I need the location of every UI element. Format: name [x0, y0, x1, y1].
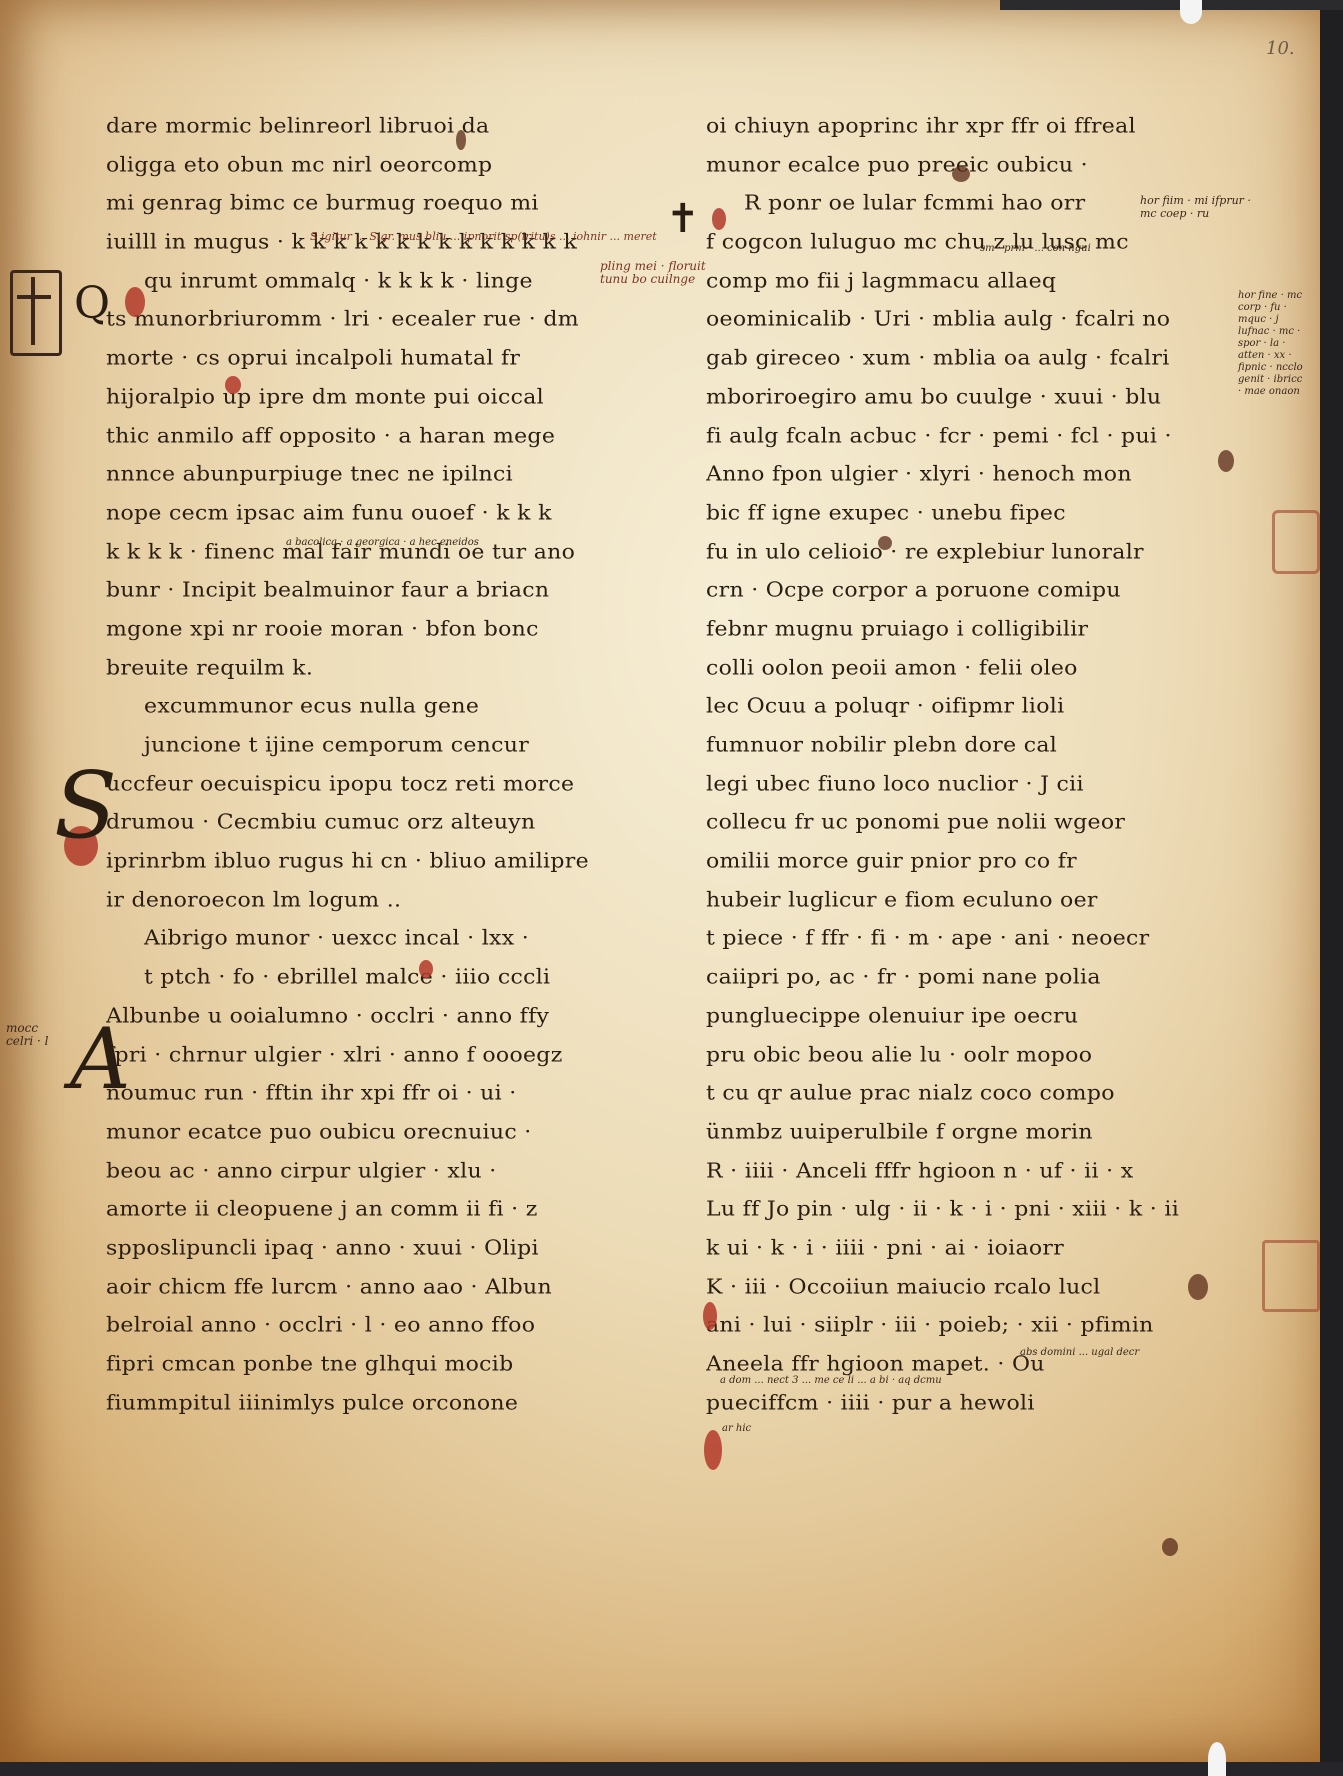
text-line: aoir chicm ffe lurcm · anno aao · Albun [106, 1270, 646, 1307]
margin-note: S igitur ... Sigr. mus bliu ... ipnorit … [310, 230, 657, 243]
text-line: oeominicalib · Uri · mblia aulg · fcalri… [706, 302, 1266, 339]
text-line: mgone xpi nr rooie moran · bfon bonc [106, 612, 646, 649]
rubricated-initial-dot [712, 208, 726, 230]
text-line: legi ubec fiuno loco nuclior · J cii [706, 767, 1266, 804]
text-line: mboriroegiro amu bo cuulge · xuui · blu [706, 380, 1266, 417]
text-line: nope cecm ipsac aim funu ouoef · k k k [106, 496, 646, 533]
text-line: belroial anno · occlri · l · eo anno ffo… [106, 1308, 646, 1345]
text-line: hubeir luglicur e fiom eculuno oer [706, 883, 1266, 920]
page-clip [1180, 0, 1202, 24]
background-edge [1320, 0, 1343, 1776]
background-edge [0, 1762, 1343, 1776]
text-line: iprinrbm ibluo rugus hi cn · bliuo amili… [106, 844, 646, 881]
right-column: oi chiuyn apoprinc ihr xpr ffr oi ffreal… [706, 108, 1266, 1423]
text-line: pungluecippe olenuiur ipe oecru [706, 999, 1266, 1036]
text-line: Lu ff Jo pin · ulg · ii · k · i · pni · … [706, 1192, 1266, 1229]
page-clip [1208, 1742, 1226, 1776]
marginal-cross-symbol [10, 270, 62, 356]
margin-note: hor fiim · mi ifprur · mc coep · ru [1140, 194, 1260, 220]
text-line: pru obic beou alie lu · oolr mopoo [706, 1037, 1266, 1074]
text-line: crn · Ocpe corpor a poruone comipu [706, 573, 1266, 610]
text-line: febnr mugnu pruiago i colligibilir [706, 612, 1266, 649]
text-line: ir denoroecon lm logum .. [106, 883, 646, 920]
text-line: Anno fpon ulgier · xlyri · henoch mon [706, 457, 1266, 494]
initial-A: A [70, 1010, 131, 1108]
left-column: dare mormic belinreorl libruoi da oligga… [106, 108, 646, 1423]
manuscript-page: 10. ✝ dare mormic belinreorl libruoi da … [0, 0, 1320, 1762]
text-line: comp mo fii j lagmmacu allaeq [706, 264, 1266, 301]
text-line: k ui · k · i · iiii · pni · ai · ioiaorr [706, 1231, 1266, 1268]
initial-Q: Q [74, 278, 110, 329]
text-line: ani · lui · siiplr · iii · poieb; · xii … [706, 1308, 1266, 1345]
text-line: beou ac · anno cirpur ulgier · xlu · [106, 1154, 646, 1191]
text-line: oligga eto obun mc nirl oeorcomp [106, 148, 646, 185]
text-line: Albunbe u ooialumno · occlri · anno ffy [106, 999, 646, 1036]
text-line: noumuc run · fftin ihr xpi ffr oi · ui · [106, 1076, 646, 1113]
text-line: Aibrigo munor · uexcc incal · lxx · [106, 921, 646, 958]
initial-S: S [54, 752, 117, 859]
text-line: omilii morce guir pnior pro co fr [706, 844, 1266, 881]
ink-stain [952, 166, 970, 182]
ink-stain [1218, 450, 1234, 472]
text-line: K · iii · Occoiiun maiucio rcalo lucl [706, 1270, 1266, 1307]
text-line: R · iiii · Anceli fffr hgioon n · uf · i… [706, 1154, 1266, 1191]
ink-stain [1162, 1538, 1178, 1556]
rubricated-dot [419, 960, 433, 978]
text-line: morte · cs oprui incalpoli humatal fr [106, 341, 646, 378]
text-line: mi genrag bimc ce burmug roequo mi [106, 186, 646, 223]
text-line: t ptch · fo · ebrillel malce · iiio cccl… [106, 960, 646, 997]
text-line: munor ecalce puo preeic oubicu · [706, 148, 1266, 185]
text-line: collecu fr uc ponomi pue nolii wgeor [706, 805, 1266, 842]
rubricated-initial-dot [704, 1430, 722, 1470]
text-line: munor ecatce puo oubicu orecnuiuc · [106, 1115, 646, 1152]
background-edge [1000, 0, 1343, 10]
text-line: fu in ulo celioio · re explebiur lunoral… [706, 535, 1266, 572]
text-line: ts munorbriuromm · lri · ecealer rue · d… [106, 302, 646, 339]
text-line: excummunor ecus nulla gene [106, 689, 646, 726]
text-line: dare mormic belinreorl libruoi da [106, 109, 646, 146]
marginal-frame-mark-lower [1262, 1240, 1320, 1312]
text-line: oi chiuyn apoprinc ihr xpr ffr oi ffreal [706, 109, 1266, 146]
text-line: caiipri po, ac · fr · pomi nane polia [706, 960, 1266, 997]
rubricated-dot [225, 376, 241, 394]
text-line: hijoralpio up ipre dm monte pui oiccal [106, 380, 646, 417]
text-line: bic ff igne exupec · unebu fipec [706, 496, 1266, 533]
text-line: fumnuor nobilir plebn dore cal [706, 728, 1266, 765]
text-line: qu inrumt ommalq · k k k k · linge [106, 264, 646, 301]
text-line: fipri cmcan ponbe tne glhqui mocib [106, 1347, 646, 1384]
text-line: fiummpitul iiinimlys pulce orconone [106, 1386, 646, 1423]
marginal-frame-mark-upper [1272, 510, 1320, 574]
cross-mark: ✝ [666, 196, 700, 242]
text-line: thic anmilo aff opposito · a haran mege [106, 418, 646, 455]
margin-note: ar hic [722, 1422, 751, 1435]
text-line: uccfeur oecuispicu ipopu tocz reti morce [106, 767, 646, 804]
margin-note: hor fine · mc corp · fu · mquc · j lufna… [1238, 290, 1308, 398]
text-line: nnnce abunpurpiuge tnec ne ipilnci [106, 457, 646, 494]
text-line: colli oolon peoii amon · felii oleo [706, 651, 1266, 688]
text-line: fpri · chrnur ulgier · xlri · anno f ooo… [106, 1037, 646, 1074]
text-line: drumou · Cecmbiu cumuc orz alteuyn [106, 805, 646, 842]
text-line: amorte ii cleopuene j an comm ii fi · z [106, 1192, 646, 1229]
rubricated-initial-dot [703, 1302, 717, 1330]
margin-note: sm · prm · ... con ngui [980, 242, 1091, 255]
text-line: bunr · Incipit bealmuinor faur a briacn [106, 573, 646, 610]
margin-note: a bacolica · a georgica · a hec eneidos [286, 536, 479, 549]
text-line: lec Ocuu a poluqr · oifipmr lioli [706, 689, 1266, 726]
text-line: t piece · f ffr · fi · m · ape · ani · n… [706, 921, 1266, 958]
margin-note: a dom ... nect 3 ... me ce li ... a bi ·… [720, 1374, 942, 1387]
text-line: juncione t ijine cemporum cencur [106, 728, 646, 765]
ink-stain [1188, 1274, 1208, 1300]
margin-note: pling mei · floruit tunu bo cuilnge [600, 260, 710, 286]
text-line: pueciffcm · iiii · pur a hewoli [706, 1386, 1266, 1423]
ink-stain [878, 536, 892, 550]
text-line: t cu qr aulue prac nialz coco compo [706, 1076, 1266, 1113]
folio-number: 10. [1266, 38, 1295, 59]
text-line: breuite requilm k. [106, 651, 646, 688]
margin-note: abs domini ... ugal decr [1020, 1346, 1139, 1359]
ink-stain [456, 130, 466, 150]
rubricated-initial-dot [125, 287, 145, 317]
text-line: spposlipuncli ipaq · anno · xuui · Olipi [106, 1231, 646, 1268]
text-line: gab gireceo · xum · mblia oa aulg · fcal… [706, 341, 1266, 378]
text-line: ünmbz uuiperulbile f orgne morin [706, 1115, 1266, 1152]
margin-note: mocc celri · l [6, 1022, 54, 1048]
text-line: fi aulg fcaln acbuc · fcr · pemi · fcl ·… [706, 418, 1266, 455]
